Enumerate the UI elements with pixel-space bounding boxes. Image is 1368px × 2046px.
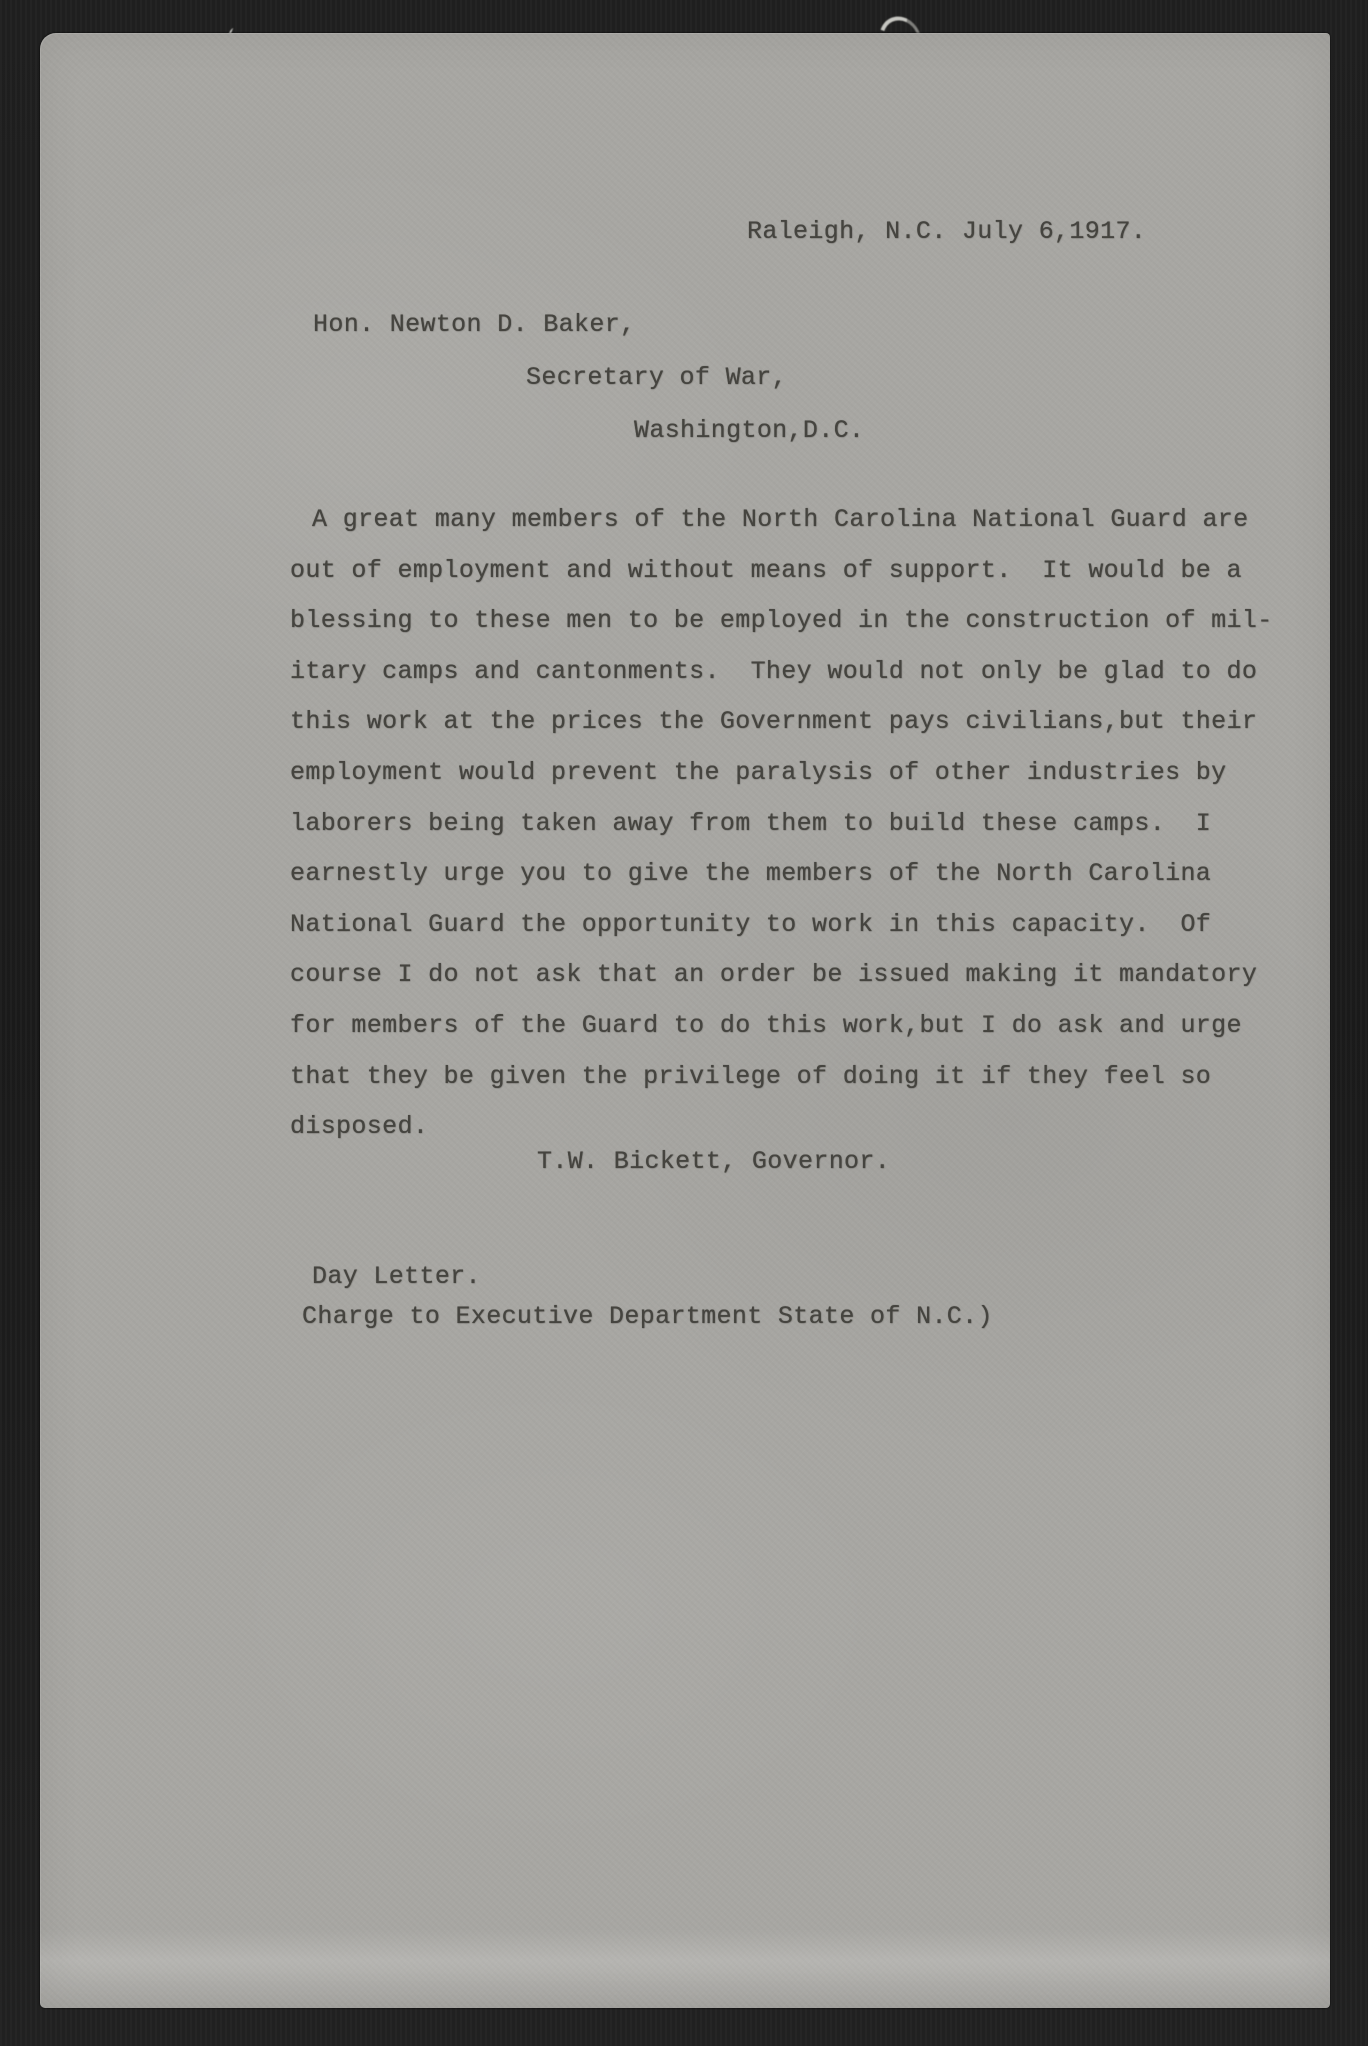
letter-line: earnestly urge you to give the members o…: [290, 849, 1273, 900]
recipient-name: Hon. Newton D. Baker,: [313, 310, 635, 339]
recipient-location: Washington,D.C.: [634, 416, 864, 445]
letter-line: that they be given the privilege of doin…: [290, 1052, 1273, 1103]
letter-page: Raleigh, N.C. July 6,1917. Hon. Newton D…: [40, 33, 1330, 2008]
note-charge-line: Charge to Executive Department State of …: [302, 1302, 993, 1331]
letter-line: itary camps and cantonments. They would …: [290, 647, 1273, 698]
letter-line: for members of the Guard to do this work…: [290, 1001, 1273, 1052]
letter-line: National Guard the opportunity to work i…: [290, 900, 1273, 951]
signature-line: T.W. Bickett, Governor.: [537, 1147, 890, 1176]
letter-body: A great many members of the North Caroli…: [290, 495, 1273, 1153]
scan-background: Raleigh, N.C. July 6,1917. Hon. Newton D…: [0, 0, 1368, 2046]
letter-line: laborers being taken away from them to b…: [290, 799, 1273, 850]
letter-line: out of employment and without means of s…: [290, 546, 1273, 597]
letter-line: disposed.: [290, 1102, 1273, 1153]
letter-line: A great many members of the North Caroli…: [290, 495, 1273, 546]
letter-line: employment would prevent the paralysis o…: [290, 748, 1273, 799]
recipient-title: Secretary of War,: [526, 363, 787, 392]
letter-line: blessing to these men to be employed in …: [290, 596, 1273, 647]
letter-line: course I do not ask that an order be iss…: [290, 950, 1273, 1001]
letter-dateline: Raleigh, N.C. July 6,1917.: [747, 217, 1146, 246]
letter-line: this work at the prices the Government p…: [290, 697, 1273, 748]
note-day-letter: Day Letter.: [312, 1262, 481, 1291]
